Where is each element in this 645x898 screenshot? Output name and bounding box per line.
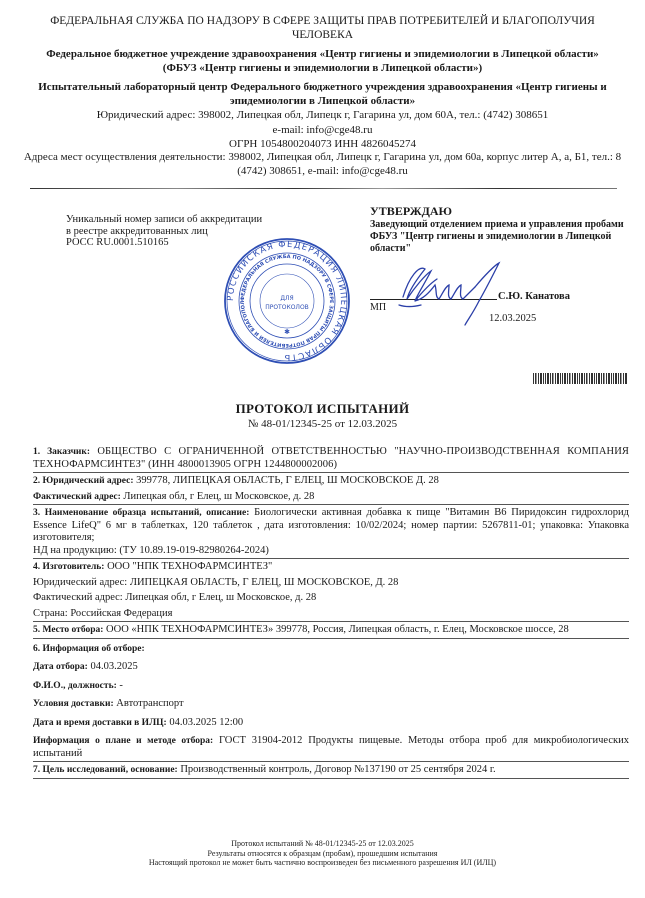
section-customer: 1. Заказчик: ОБЩЕСТВО С ОГРАНИЧЕННОЙ ОТВ… [33,446,629,473]
signer-name: С.Ю. Канатова [498,291,570,302]
institution-name: Федеральное бюджетное учреждение здравоо… [10,47,635,75]
sample-label: 3. Наименование образца испытаний, описа… [33,508,249,518]
sampling-place-label: 5. Место отбора: [33,625,103,635]
activity-address: Адреса мест осуществления деятельности: … [20,150,625,178]
svg-text:ПРОТОКОЛОВ: ПРОТОКОЛОВ [265,304,309,311]
section-purpose: 7. Цель исследований, основание: Произво… [33,764,629,779]
person-value: - [117,680,123,691]
footer-results-note: Результаты относятся к образцам (пробам)… [120,849,525,859]
manufacturer-value: ООО "НПК ТЕХНОФАРМСИНТЕЗ" [104,561,272,572]
footer-protocol-ref: Протокол испытаний № 48-01/12345-25 от 1… [120,839,525,849]
section-manufacturer: 4. Изготовитель: ООО "НПК ТЕХНОФАРМСИНТЕ… [33,561,629,622]
delivery-datetime-label: Дата и время доставки в ИЛЦ: [33,718,167,728]
delivery-conditions-label: Условия доставки: [33,699,114,709]
legal-address-label: 2. Юридический адрес: [33,476,134,486]
accreditation-line1: Уникальный номер записи об аккредитации [66,214,262,226]
agency-header: ФЕДЕРАЛЬНАЯ СЛУЖБА ПО НАДЗОРУ В СФЕРЕ ЗА… [40,14,605,42]
actual-address-value: Липецкая обл, г Елец, ш Московское, д. 2… [121,491,315,502]
sampling-method-label: Информация о плане и методе отбора: [33,736,213,746]
page-footer: Протокол испытаний № 48-01/12345-25 от 1… [120,839,525,868]
approval-block: УТВЕРЖДАЮ Заведующий отделением приема и… [370,204,630,255]
email: e-mail: info@cge48.ru [30,123,615,138]
section-sampling-info: 6. Информация об отборе: Дата отбора: 04… [33,641,629,763]
delivery-conditions-value: Автотранспорт [114,698,184,709]
product-standard: НД на продукцию: (ТУ 10.89.19-019-829802… [33,545,629,558]
section-sampling-place: 5. Место отбора: ООО «НПК ТЕХНОФАРМСИНТЕ… [33,624,629,639]
legal-address: Юридический адрес: 398002, Липецкая обл,… [30,108,615,123]
purpose-label: 7. Цель исследований, основание: [33,765,178,775]
protocol-number: № 48-01/12345-25 от 12.03.2025 [0,418,645,430]
customer-label: 1. Заказчик: [33,447,90,457]
svg-text:ДЛЯ: ДЛЯ [280,295,293,302]
manufacturer-actual-address: Фактический адрес: Липецкая обл, г Елец,… [33,592,629,605]
customer-value: ОБЩЕСТВО С ОГРАНИЧЕННОЙ ОТВЕТСТВЕННОСТЬЮ… [33,446,629,470]
protocol-title: ПРОТОКОЛ ИСПЫТАНИЙ [0,401,645,417]
person-label: Ф.И.О., должность: [33,681,117,691]
approval-title: УТВЕРЖДАЮ [370,204,630,218]
approver-position: Заведующий отделением приема и управлени… [370,219,630,255]
signature-icon [395,257,505,327]
manufacturer-country: Страна: Российская Федерация [33,608,629,621]
barcode-icon [533,373,628,384]
purpose-value: Производственный контроль, Договор №1371… [178,764,496,775]
sampling-date-value: 04.03.2025 [88,661,138,672]
section-legal-address: 2. Юридический адрес: 399778, ЛИПЕЦКАЯ О… [33,475,629,505]
seal-label: МП [370,302,386,313]
institution-line1: Федеральное бюджетное учреждение здравоо… [10,47,635,61]
manufacturer-label: 4. Изготовитель: [33,562,104,572]
lab-contacts: Юридический адрес: 398002, Липецкая обл,… [30,108,615,152]
manufacturer-legal-address: Юридический адрес: ЛИПЕЦКАЯ ОБЛАСТЬ, Г Е… [33,577,629,590]
lab-name: Испытательный лабораторный центр Федерал… [30,80,615,108]
protocol-body: 1. Заказчик: ОБЩЕСТВО С ОГРАНИЧЕННОЙ ОТВ… [33,446,629,781]
sampling-info-label: 6. Информация об отборе: [33,644,145,654]
delivery-datetime-value: 04.03.2025 12:00 [167,717,243,728]
sampling-date-label: Дата отбора: [33,662,88,672]
legal-address-value: 399778, ЛИПЕЦКАЯ ОБЛАСТЬ, Г ЕЛЕЦ, Ш МОСК… [134,475,439,486]
sampling-place-value: ООО «НПК ТЕХНОФАРМСИНТЕЗ» 399778, Россия… [103,624,568,635]
section-sample: 3. Наименование образца испытаний, описа… [33,507,629,559]
official-stamp-icon: РОССИЙСКАЯ ФЕДЕРАЦИЯ ЛИПЕЦКАЯ ОБЛАСТЬ ФЕ… [222,236,352,366]
institution-line2: (ФБУЗ «Центр гигиены и эпидемиологии в Л… [10,61,635,75]
header-divider [30,188,617,189]
svg-text:✱: ✱ [284,328,290,336]
actual-address-label: Фактический адрес: [33,492,121,502]
footer-reproduction-note: Настоящий протокол не может быть частичн… [120,858,525,868]
